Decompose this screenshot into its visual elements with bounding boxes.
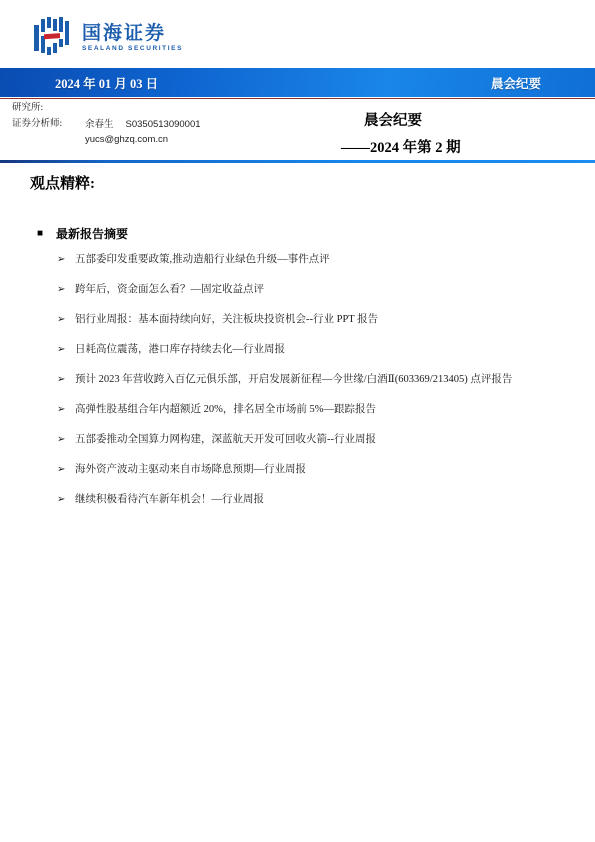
report-item-title: 预计 2023 年营收跨入百亿元俱乐部，开启发展新征程—今世缘/白酒Ⅱ(6033… [75, 371, 512, 389]
email-row: yucs@ghzq.com.cn [12, 132, 302, 148]
arrow-bullet-icon: ➢ [57, 281, 75, 299]
logo-text-cn: 国海证券 [82, 24, 183, 43]
banner-report-type: 晨会纪要 [491, 74, 541, 92]
square-bullet-icon: ■ [37, 229, 43, 239]
list-item[interactable]: ➢ 预计 2023 年营收跨入百亿元俱乐部，开启发展新征程—今世缘/白酒Ⅱ(60… [57, 371, 577, 389]
report-list: ➢ 五部委印发重要政策,推动造船行业绿色升级—事件点评 ➢ 跨年后，资金面怎么看… [57, 251, 577, 521]
analyst-name: 余春生 [85, 119, 114, 130]
subsection-heading-label: 最新报告摘要 [56, 225, 128, 242]
analyst-id: S0350513090001 [126, 119, 201, 130]
header-divider-line [0, 160, 595, 163]
analyst-email: yucs@ghzq.com.cn [85, 132, 168, 148]
report-date: 2024 年 01 月 03 日 [55, 74, 158, 92]
report-item-title: 日耗高位震荡，港口库存持续去化—行业周报 [75, 341, 285, 359]
report-page: 国海证券 SEALAND SECURITIES 2024 年 01 月 03 日… [0, 0, 595, 842]
report-item-title: 海外资产波动主驱动来自市场降息预期—行业周报 [75, 461, 306, 479]
list-item[interactable]: ➢ 铝行业周报：基本面持续向好，关注板块投资机会--行业 PPT 报告 [57, 311, 577, 329]
subsection-heading: ■ 最新报告摘要 [37, 225, 128, 242]
report-title-main: 晨会纪要 [364, 109, 422, 130]
list-item[interactable]: ➢ 继续积极看待汽车新年机会！—行业周报 [57, 491, 577, 509]
analyst-label: 证券分析师: [12, 117, 85, 133]
arrow-bullet-icon: ➢ [57, 311, 75, 329]
arrow-bullet-icon: ➢ [57, 491, 75, 509]
analyst-meta: 研究所: 证券分析师: 余春生S0350513090001 yucs@ghzq.… [12, 101, 302, 148]
institute-label: 研究所: [12, 101, 85, 117]
report-item-title: 跨年后，资金面怎么看？—固定收益点评 [75, 281, 264, 299]
arrow-bullet-icon: ➢ [57, 251, 75, 269]
sealand-logo-icon [33, 17, 75, 59]
list-item[interactable]: ➢ 五部委推动全国算力网构建，深蓝航天开发可回收火箭--行业周报 [57, 431, 577, 449]
report-item-title: 五部委推动全国算力网构建，深蓝航天开发可回收火箭--行业周报 [75, 431, 376, 449]
list-item[interactable]: ➢ 日耗高位震荡，港口库存持续去化—行业周报 [57, 341, 577, 359]
list-item[interactable]: ➢ 五部委印发重要政策,推动造船行业绿色升级—事件点评 [57, 251, 577, 269]
arrow-bullet-icon: ➢ [57, 431, 75, 449]
arrow-bullet-icon: ➢ [57, 341, 75, 359]
report-item-title: 继续积极看待汽车新年机会！—行业周报 [75, 491, 264, 509]
report-title-sub: ——2024 年第 2 期 [341, 136, 461, 157]
list-item[interactable]: ➢ 高弹性股基组合年内超额近 20%，排名居全市场前 5%—跟踪报告 [57, 401, 577, 419]
analyst-row: 证券分析师: 余春生S0350513090001 [12, 117, 302, 133]
list-item[interactable]: ➢ 跨年后，资金面怎么看？—固定收益点评 [57, 281, 577, 299]
report-item-title: 铝行业周报：基本面持续向好，关注板块投资机会--行业 PPT 报告 [75, 311, 378, 329]
arrow-bullet-icon: ➢ [57, 371, 75, 389]
arrow-bullet-icon: ➢ [57, 401, 75, 419]
arrow-bullet-icon: ➢ [57, 461, 75, 479]
report-item-title: 高弹性股基组合年内超额近 20%，排名居全市场前 5%—跟踪报告 [75, 401, 376, 419]
company-logo: 国海证券 SEALAND SECURITIES [33, 17, 183, 59]
logo-text-en: SEALAND SECURITIES [82, 46, 183, 53]
institute-row: 研究所: [12, 101, 302, 117]
report-item-title: 五部委印发重要政策,推动造船行业绿色升级—事件点评 [75, 251, 330, 269]
list-item[interactable]: ➢ 海外资产波动主驱动来自市场降息预期—行业周报 [57, 461, 577, 479]
section-heading: 观点精粹: [30, 172, 95, 193]
header-banner: 2024 年 01 月 03 日 晨会纪要 [0, 68, 595, 97]
